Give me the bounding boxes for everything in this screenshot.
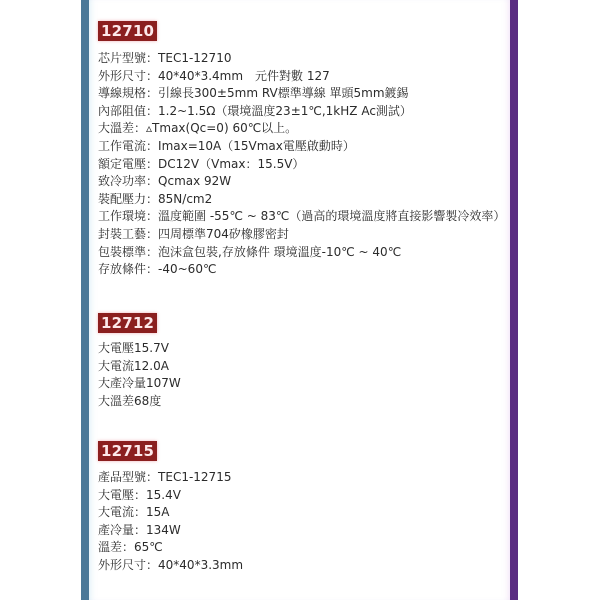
spec-label: 產冷量 xyxy=(98,523,134,537)
spec-label: 額定電壓 xyxy=(98,157,146,171)
model-badge: 12712 xyxy=(98,313,157,333)
spec-section-12710: 12710 芯片型號：TEC1-12710 外形尺寸：40*40*3.4mm 元… xyxy=(98,21,505,279)
spec-line: 大電壓：15.4V xyxy=(98,487,243,505)
spec-line: 存放條件：-40~60℃ xyxy=(98,261,505,279)
spec-label: 內部阻值 xyxy=(98,104,146,118)
spec-label: 大溫差 xyxy=(98,394,134,408)
spec-line: 大溫差：▵Tmax(Qc=0) 60℃以上。 xyxy=(98,120,505,138)
spec-value: Qcmax 92W xyxy=(158,174,231,188)
spec-label: 工作電流 xyxy=(98,139,146,153)
spec-separator: ： xyxy=(146,86,158,100)
spec-value: 107W xyxy=(146,376,181,390)
spec-separator: ： xyxy=(134,121,146,135)
spec-separator: ： xyxy=(146,470,158,484)
spec-separator: ： xyxy=(146,157,158,171)
spec-label: 溫差 xyxy=(98,540,122,554)
spec-line: 封裝工藝：四周標準704矽橡膠密封 xyxy=(98,226,505,244)
spec-separator: ： xyxy=(146,104,158,118)
spec-separator: ： xyxy=(146,227,158,241)
spec-value: 15.7V xyxy=(134,341,169,355)
spec-separator: ： xyxy=(134,523,146,537)
spec-separator: ： xyxy=(146,69,158,83)
spec-label: 導線規格 xyxy=(98,86,146,100)
spec-section-12712: 12712 大電壓15.7V 大電流12.0A 大產冷量107W 大溫差68度 xyxy=(98,313,181,410)
spec-value: 引線長300±5mm RV標準導線 單頭5mm鍍錫 xyxy=(158,86,409,100)
spec-separator: ： xyxy=(122,540,134,554)
spec-value: -40~60℃ xyxy=(158,262,216,276)
model-badge: 12710 xyxy=(98,21,157,41)
right-accent-bar xyxy=(510,0,518,600)
spec-separator: ： xyxy=(134,505,146,519)
spec-list: 產品型號：TEC1-12715 大電壓：15.4V 大電流：15A 產冷量：13… xyxy=(98,469,243,575)
spec-line: 額定電壓：DC12V（Vmax：15.5V） xyxy=(98,156,505,174)
spec-value: TEC1-12715 xyxy=(158,470,231,484)
spec-value: 溫度範圍 -55℃ ~ 83℃（過高的環境溫度將直接影響製冷效率） xyxy=(158,209,505,223)
spec-line: 大產冷量107W xyxy=(98,375,181,393)
spec-line: 大電流：15A xyxy=(98,504,243,522)
spec-line: 包裝標準：泡沫盒包裝,存放條件 環境溫度-10℃ ~ 40℃ xyxy=(98,244,505,262)
spec-line: 內部阻值：1.2~1.5Ω（環境溫度23±1℃,1kHZ Ac測試） xyxy=(98,103,505,121)
model-badge: 12715 xyxy=(98,441,157,461)
spec-line: 大溫差68度 xyxy=(98,393,181,411)
spec-value: 68度 xyxy=(134,394,161,408)
spec-value: 15A xyxy=(146,505,169,519)
spec-label: 芯片型號 xyxy=(98,51,146,65)
spec-list: 大電壓15.7V 大電流12.0A 大產冷量107W 大溫差68度 xyxy=(98,340,181,410)
spec-label: 大電壓 xyxy=(98,341,134,355)
spec-label: 產品型號 xyxy=(98,470,146,484)
spec-line: 大電壓15.7V xyxy=(98,340,181,358)
spec-separator: ： xyxy=(146,192,158,206)
spec-label: 大溫差 xyxy=(98,121,134,135)
spec-label: 存放條件 xyxy=(98,262,146,276)
spec-line: 工作環境：溫度範圍 -55℃ ~ 83℃（過高的環境溫度將直接影響製冷效率） xyxy=(98,208,505,226)
spec-line: 外形尺寸：40*40*3.4mm 元件對數 127 xyxy=(98,68,505,86)
spec-label: 大電流 xyxy=(98,359,134,373)
spec-list: 芯片型號：TEC1-12710 外形尺寸：40*40*3.4mm 元件對數 12… xyxy=(98,50,505,279)
spec-separator: ： xyxy=(146,558,158,572)
spec-line: 裝配壓力：85N/cm2 xyxy=(98,191,505,209)
spec-value: 12.0A xyxy=(134,359,169,373)
spec-separator: ： xyxy=(146,51,158,65)
spec-value: DC12V（Vmax：15.5V） xyxy=(158,157,304,171)
spec-line: 外形尺寸：40*40*3.3mm xyxy=(98,557,243,575)
spec-line: 溫差：65℃ xyxy=(98,539,243,557)
spec-separator: ： xyxy=(146,209,158,223)
spec-separator: ： xyxy=(146,245,158,259)
spec-separator: ： xyxy=(146,174,158,188)
spec-line: 產品型號：TEC1-12715 xyxy=(98,469,243,487)
spec-label: 外形尺寸 xyxy=(98,558,146,572)
spec-value: 15.4V xyxy=(146,488,181,502)
spec-value: 40*40*3.4mm 元件對數 127 xyxy=(158,69,330,83)
spec-separator: ： xyxy=(134,488,146,502)
spec-value: 65℃ xyxy=(134,540,163,554)
spec-value: 泡沫盒包裝,存放條件 環境溫度-10℃ ~ 40℃ xyxy=(158,245,401,259)
spec-label: 外形尺寸 xyxy=(98,69,146,83)
spec-value: 40*40*3.3mm xyxy=(158,558,243,572)
spec-value: 1.2~1.5Ω（環境溫度23±1℃,1kHZ Ac測試） xyxy=(158,104,412,118)
spec-value: Imax=10A（15Vmax電壓啟動時） xyxy=(158,139,355,153)
spec-line: 產冷量：134W xyxy=(98,522,243,540)
spec-line: 工作電流：Imax=10A（15Vmax電壓啟動時） xyxy=(98,138,505,156)
spec-label: 大產冷量 xyxy=(98,376,146,390)
left-accent-bar xyxy=(81,0,89,600)
spec-label: 大電壓 xyxy=(98,488,134,502)
spec-separator: ： xyxy=(146,262,158,276)
spec-value: TEC1-12710 xyxy=(158,51,231,65)
spec-label: 致冷功率 xyxy=(98,174,146,188)
spec-label: 工作環境 xyxy=(98,209,146,223)
spec-value: 85N/cm2 xyxy=(158,192,212,206)
spec-label: 大電流 xyxy=(98,505,134,519)
spec-value: ▵Tmax(Qc=0) 60℃以上。 xyxy=(146,121,297,135)
spec-label: 封裝工藝 xyxy=(98,227,146,241)
spec-line: 芯片型號：TEC1-12710 xyxy=(98,50,505,68)
spec-value: 四周標準704矽橡膠密封 xyxy=(158,227,289,241)
spec-section-12715: 12715 產品型號：TEC1-12715 大電壓：15.4V 大電流：15A … xyxy=(98,441,243,575)
spec-line: 導線規格：引線長300±5mm RV標準導線 單頭5mm鍍錫 xyxy=(98,85,505,103)
spec-line: 致冷功率：Qcmax 92W xyxy=(98,173,505,191)
spec-separator: ： xyxy=(146,139,158,153)
spec-value: 134W xyxy=(146,523,181,537)
spec-label: 裝配壓力 xyxy=(98,192,146,206)
spec-label: 包裝標準 xyxy=(98,245,146,259)
spec-line: 大電流12.0A xyxy=(98,358,181,376)
